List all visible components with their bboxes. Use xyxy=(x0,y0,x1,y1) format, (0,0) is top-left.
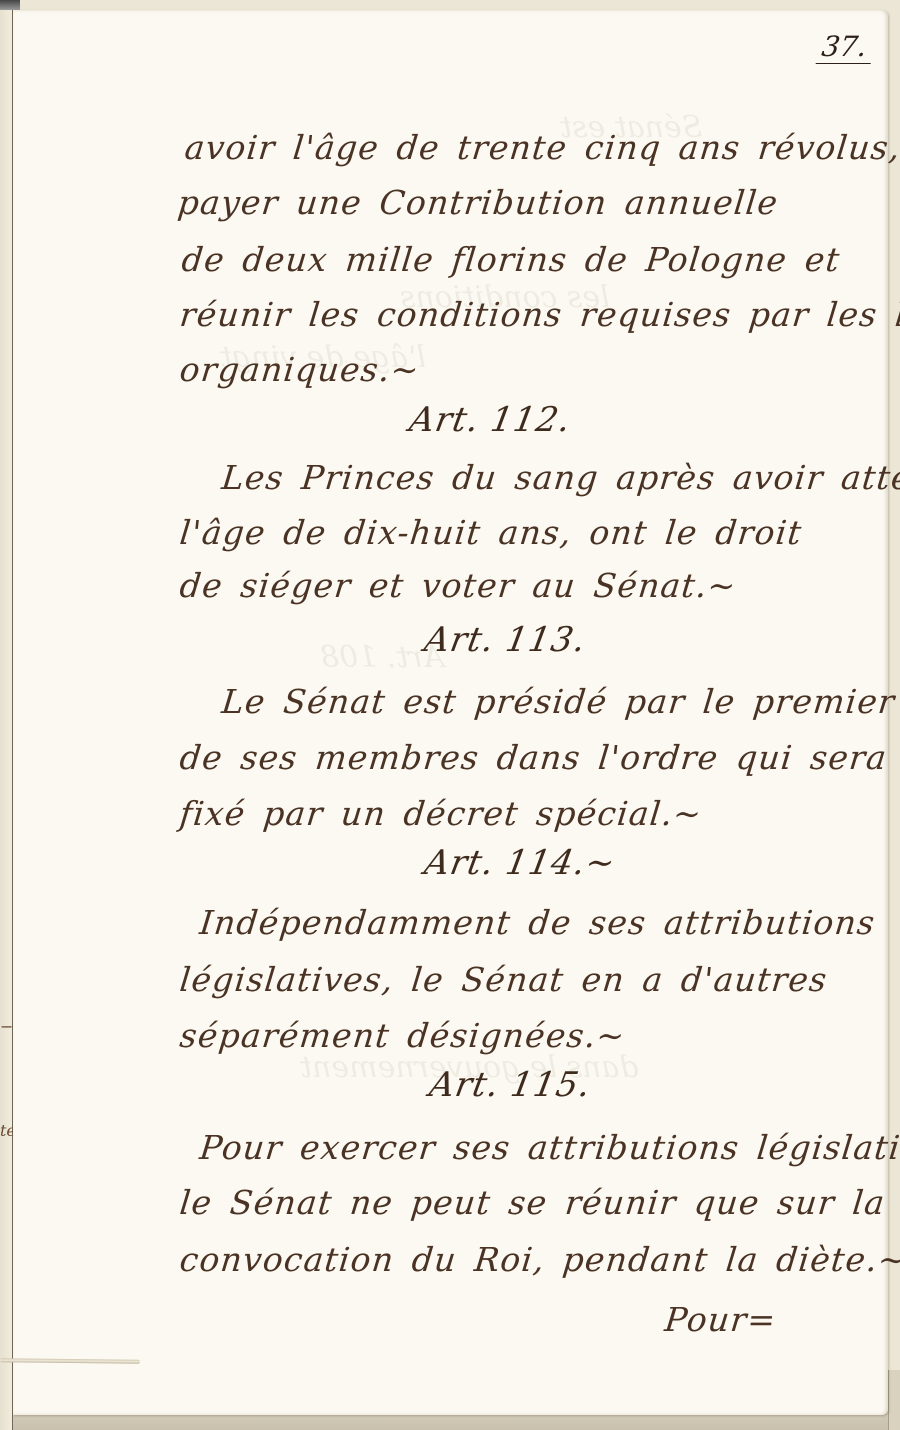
text-line: Les Princes du sang après avoir atteint xyxy=(220,458,900,497)
article-heading-112: Art. 112. xyxy=(406,400,574,440)
text-line: le Sénat ne peut se réunir que sur la xyxy=(178,1183,887,1222)
article-heading-115: Art. 115. xyxy=(426,1065,594,1105)
text-line: de ses membres dans l'ordre qui sera xyxy=(178,738,889,777)
article-heading-113: Art. 113. xyxy=(421,620,589,660)
text-line: de deux mille florins de Pologne et xyxy=(180,240,842,279)
text-line: payer une Contribution annuelle xyxy=(176,183,780,222)
text-line: de siéger et voter au Sénat.~ xyxy=(178,566,739,605)
text-line: Pour exercer ses attributions législativ… xyxy=(198,1128,900,1167)
manuscript-text: Sénat est les conditions l'âge de vingt … xyxy=(0,0,900,1430)
text-line: réunir les conditions requises par les l… xyxy=(178,295,900,334)
folio-number: 37. xyxy=(816,30,875,64)
text-line: séparément désignées.~ xyxy=(178,1016,628,1055)
text-line: organiques.~ xyxy=(178,350,422,389)
text-line: convocation du Roi, pendant la diète.~ xyxy=(178,1240,900,1279)
text-line: fixé par un décret spécial.~ xyxy=(178,794,704,833)
text-line: l'âge de dix-huit ans, ont le droit xyxy=(178,513,804,552)
text-line: législatives, le Sénat en a d'autres xyxy=(178,960,830,999)
text-line: avoir l'âge de trente cinq ans révolus, xyxy=(183,128,900,167)
article-heading-114: Art. 114.~ xyxy=(421,843,618,883)
catchword: Pour= xyxy=(663,1300,779,1339)
text-line: Le Sénat est présidé par le premier xyxy=(220,682,897,721)
text-line: Indépendamment de ses attributions xyxy=(198,903,877,942)
